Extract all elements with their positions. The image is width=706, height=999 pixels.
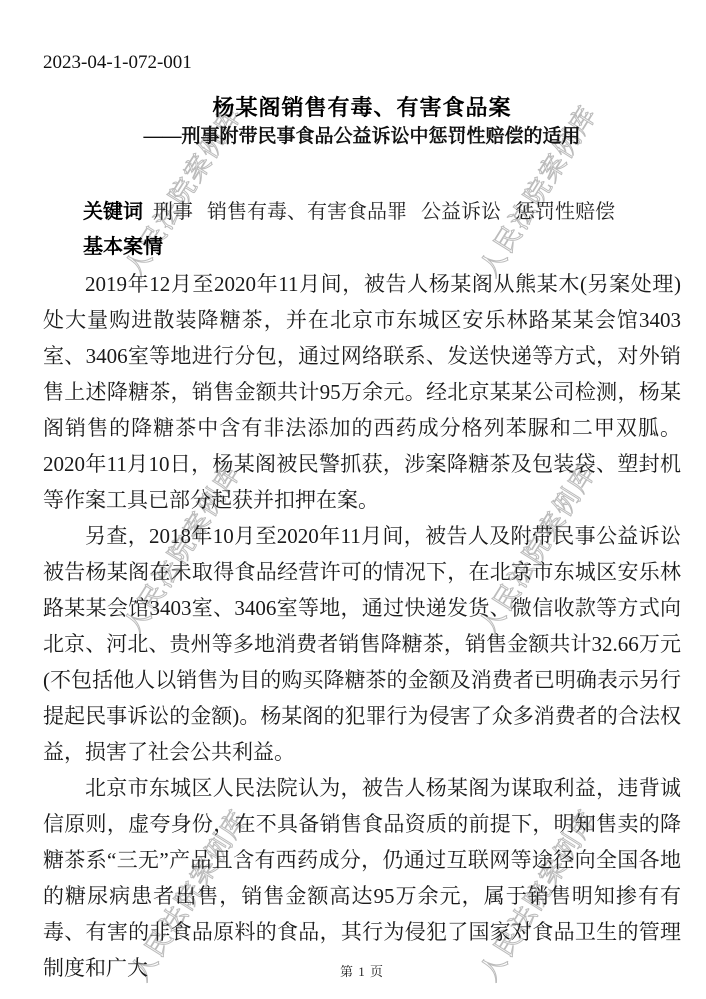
keyword-item: 惩罚性赔偿 — [515, 201, 615, 223]
keyword-item: 销售有毒、有害食品罪 — [207, 201, 407, 223]
document-title: 杨某阁销售有毒、有害食品案 — [43, 91, 681, 122]
body-text: 2019年12月至2020年11月间，被告人杨某阁从熊某木(另案处理)处大量购进… — [43, 266, 681, 986]
keyword-item: 公益诉讼 — [421, 201, 501, 223]
paragraph: 北京市东城区人民法院认为，被告人杨某阁为谋取利益，违背诚信原则，虚夸身份，在不具… — [43, 770, 681, 986]
section-heading-basic-facts: 基本案情 — [83, 230, 163, 259]
paragraph: 另查，2018年10月至2020年11月间，被告人及附带民事公益诉讼被告杨某阁在… — [43, 518, 681, 770]
keyword-item: 刑事 — [153, 201, 193, 223]
case-number: 2023-04-1-072-001 — [43, 52, 192, 74]
document-page: 人民法院案例库 人民法院案例库 人民法院案例库 人民法院案例库 人民法院案例库 … — [0, 0, 706, 999]
keywords-line: 关键词刑事销售有毒、有害食品罪公益诉讼惩罚性赔偿 — [83, 195, 629, 224]
document-subtitle: ——刑事附带民事食品公益诉讼中惩罚性赔偿的适用 — [43, 121, 681, 148]
paragraph: 2019年12月至2020年11月间，被告人杨某阁从熊某木(另案处理)处大量购进… — [43, 266, 681, 518]
keywords-label: 关键词 — [83, 201, 143, 223]
page-number-footer: 第 1 页 — [43, 961, 681, 980]
document-content: 2023-04-1-072-001 杨某阁销售有毒、有害食品案 ——刑事附带民事… — [0, 0, 706, 999]
